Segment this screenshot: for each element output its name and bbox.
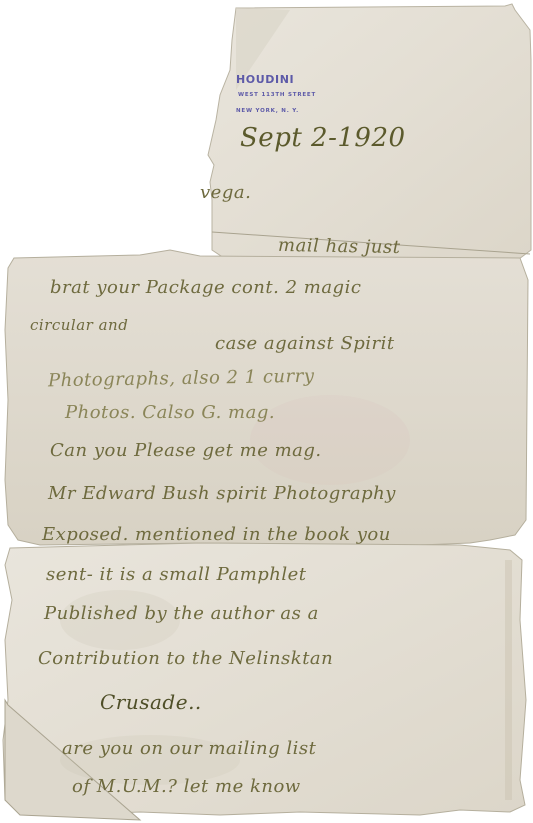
body-line: circular and [30, 316, 128, 334]
letter-date: Sept 2-1920 [240, 123, 406, 153]
salutation: vega. [200, 182, 251, 203]
letterhead-name: HOUDINI [236, 73, 294, 86]
letterhead-city: NEW YORK, N. Y. [236, 108, 299, 114]
body-line: brat your Package cont. 2 magic [50, 277, 361, 298]
body-line: sent- it is a small Pamphlet [46, 564, 307, 585]
letterhead-street: WEST 113TH STREET [238, 92, 316, 98]
body-line: Photos. Calso G. mag. [65, 402, 275, 423]
body-line: mail has just [278, 235, 401, 258]
body-line: of M.U.M.? let me know [72, 776, 301, 797]
body-line: Can you Please get me mag. [50, 440, 322, 461]
body-line: Published by the author as a [44, 603, 319, 624]
body-line: Contribution to the Nelinsktan [38, 648, 333, 669]
body-line: case against Spirit [215, 333, 395, 354]
body-line: Crusade.. [100, 690, 202, 714]
letter-document: HOUDINI WEST 113TH STREET NEW YORK, N. Y… [0, 0, 533, 823]
body-line: Mr Edward Bush spirit Photography [48, 483, 396, 504]
body-line: are you on our mailing list [62, 738, 316, 759]
body-line: Exposed. mentioned in the book you [42, 524, 391, 545]
